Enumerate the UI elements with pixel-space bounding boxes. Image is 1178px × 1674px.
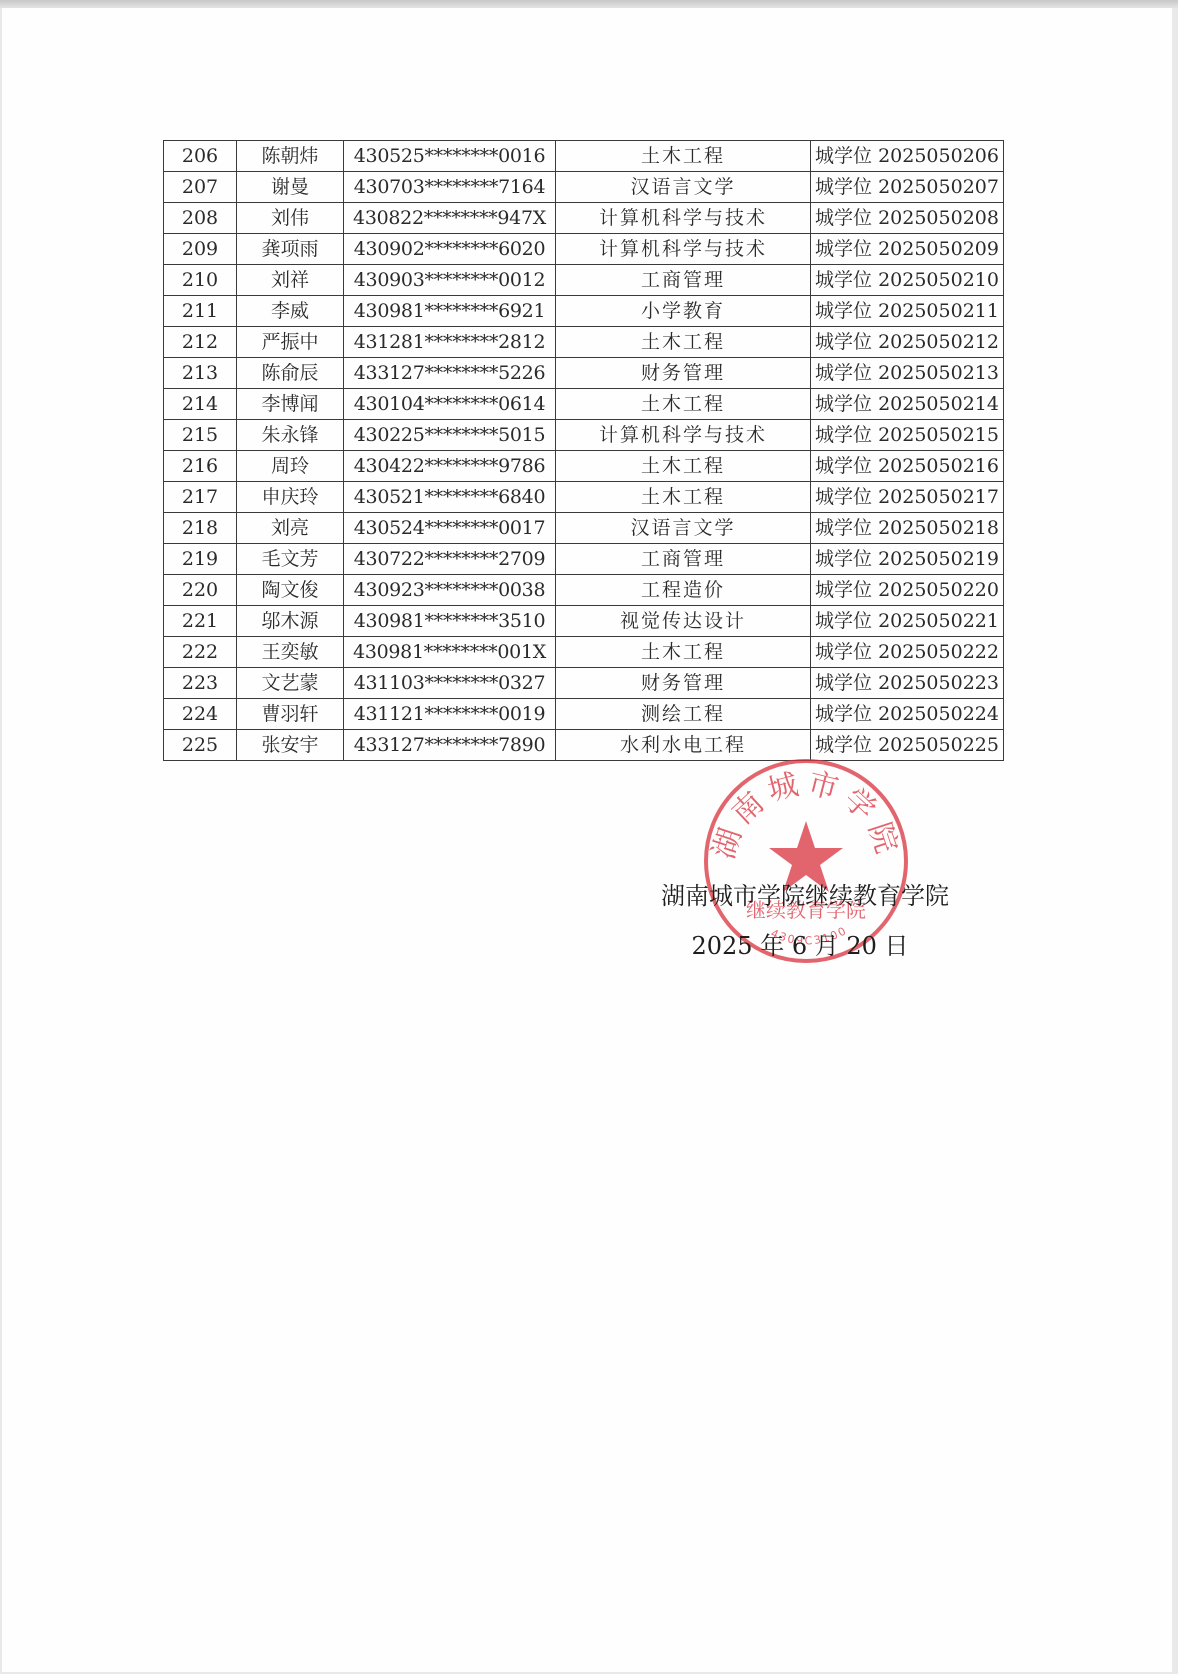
id-number-cell: 430525********0016 (344, 141, 556, 172)
table-row: 213陈俞辰433127********5226财务管理城学位 20250502… (164, 358, 1004, 389)
table-row: 218刘亮430524********0017汉语言文学城学位 20250502… (164, 513, 1004, 544)
student-name-cell: 陈俞辰 (237, 358, 344, 389)
major-cell: 汉语言文学 (556, 513, 811, 544)
row-number-cell: 220 (164, 575, 237, 606)
table-row: 224曹羽轩431121********0019测绘工程城学位 20250502… (164, 699, 1004, 730)
major-cell: 土木工程 (556, 141, 811, 172)
id-number-cell: 430923********0038 (344, 575, 556, 606)
major-cell: 工程造价 (556, 575, 811, 606)
id-number-cell: 430422********9786 (344, 451, 556, 482)
issue-date: 2025 年 6 月 20 日 (640, 926, 960, 961)
degree-certificate-number-cell: 城学位 2025050216 (811, 451, 1004, 482)
degree-certificate-number-cell: 城学位 2025050215 (811, 420, 1004, 451)
row-number-cell: 225 (164, 730, 237, 761)
row-number-cell: 206 (164, 141, 237, 172)
id-number-cell: 430722********2709 (344, 544, 556, 575)
table-row: 221邬木源430981********3510视觉传达设计城学位 202505… (164, 606, 1004, 637)
table-row: 206陈朝炜430525********0016土木工程城学位 20250502… (164, 141, 1004, 172)
row-number-cell: 217 (164, 482, 237, 513)
student-name-cell: 王奕敏 (237, 637, 344, 668)
major-cell: 计算机科学与技术 (556, 420, 811, 451)
student-name-cell: 陶文俊 (237, 575, 344, 606)
row-number-cell: 222 (164, 637, 237, 668)
degree-certificate-number-cell: 城学位 2025050211 (811, 296, 1004, 327)
student-name-cell: 李威 (237, 296, 344, 327)
student-name-cell: 邬木源 (237, 606, 344, 637)
degree-list-table: 206陈朝炜430525********0016土木工程城学位 20250502… (163, 140, 1004, 761)
degree-certificate-number-cell: 城学位 2025050214 (811, 389, 1004, 420)
id-number-cell: 430981********001X (344, 637, 556, 668)
degree-certificate-number-cell: 城学位 2025050217 (811, 482, 1004, 513)
major-cell: 土木工程 (556, 451, 811, 482)
id-number-cell: 433127********5226 (344, 358, 556, 389)
degree-certificate-number-cell: 城学位 2025050209 (811, 234, 1004, 265)
id-number-cell: 430903********0012 (344, 265, 556, 296)
table-row: 215朱永锋430225********5015计算机科学与技术城学位 2025… (164, 420, 1004, 451)
table-row: 209龚项雨430902********6020计算机科学与技术城学位 2025… (164, 234, 1004, 265)
student-name-cell: 曹羽轩 (237, 699, 344, 730)
row-number-cell: 224 (164, 699, 237, 730)
degree-certificate-number-cell: 城学位 2025050212 (811, 327, 1004, 358)
id-number-cell: 431281********2812 (344, 327, 556, 358)
table-row: 216周玲430422********9786土木工程城学位 202505021… (164, 451, 1004, 482)
major-cell: 土木工程 (556, 482, 811, 513)
degree-certificate-number-cell: 城学位 2025050208 (811, 203, 1004, 234)
major-cell: 土木工程 (556, 637, 811, 668)
major-cell: 财务管理 (556, 668, 811, 699)
major-cell: 工商管理 (556, 544, 811, 575)
degree-certificate-number-cell: 城学位 2025050207 (811, 172, 1004, 203)
degree-certificate-number-cell: 城学位 2025050221 (811, 606, 1004, 637)
degree-certificate-number-cell: 城学位 2025050218 (811, 513, 1004, 544)
degree-certificate-number-cell: 城学位 2025050220 (811, 575, 1004, 606)
id-number-cell: 430981********6921 (344, 296, 556, 327)
major-cell: 工商管理 (556, 265, 811, 296)
degree-certificate-number-cell: 城学位 2025050224 (811, 699, 1004, 730)
id-number-cell: 430822********947X (344, 203, 556, 234)
degree-certificate-number-cell: 城学位 2025050210 (811, 265, 1004, 296)
id-number-cell: 430521********6840 (344, 482, 556, 513)
student-name-cell: 陈朝炜 (237, 141, 344, 172)
table-row: 220陶文俊430923********0038工程造价城学位 20250502… (164, 575, 1004, 606)
student-name-cell: 申庆玲 (237, 482, 344, 513)
student-name-cell: 李博闻 (237, 389, 344, 420)
table-row: 212严振中431281********2812土木工程城学位 20250502… (164, 327, 1004, 358)
student-name-cell: 张安宇 (237, 730, 344, 761)
row-number-cell: 218 (164, 513, 237, 544)
table-row: 207谢曼430703********7164汉语言文学城学位 20250502… (164, 172, 1004, 203)
id-number-cell: 430981********3510 (344, 606, 556, 637)
degree-certificate-number-cell: 城学位 2025050219 (811, 544, 1004, 575)
table-body: 206陈朝炜430525********0016土木工程城学位 20250502… (164, 141, 1004, 761)
row-number-cell: 215 (164, 420, 237, 451)
student-name-cell: 周玲 (237, 451, 344, 482)
table-row: 219毛文芳430722********2709工商管理城学位 20250502… (164, 544, 1004, 575)
table-row: 210刘祥430903********0012工商管理城学位 202505021… (164, 265, 1004, 296)
row-number-cell: 214 (164, 389, 237, 420)
row-number-cell: 213 (164, 358, 237, 389)
row-number-cell: 223 (164, 668, 237, 699)
row-number-cell: 208 (164, 203, 237, 234)
student-name-cell: 龚项雨 (237, 234, 344, 265)
viewer-top-edge (0, 0, 1178, 8)
student-name-cell: 刘伟 (237, 203, 344, 234)
student-name-cell: 谢曼 (237, 172, 344, 203)
major-cell: 小学教育 (556, 296, 811, 327)
student-name-cell: 朱永锋 (237, 420, 344, 451)
row-number-cell: 209 (164, 234, 237, 265)
table-row: 208刘伟430822********947X计算机科学与技术城学位 20250… (164, 203, 1004, 234)
student-name-cell: 刘祥 (237, 265, 344, 296)
id-number-cell: 433127********7890 (344, 730, 556, 761)
row-number-cell: 221 (164, 606, 237, 637)
id-number-cell: 430524********0017 (344, 513, 556, 544)
major-cell: 土木工程 (556, 327, 811, 358)
row-number-cell: 211 (164, 296, 237, 327)
major-cell: 测绘工程 (556, 699, 811, 730)
table-row: 214李博闻430104********0614土木工程城学位 20250502… (164, 389, 1004, 420)
row-number-cell: 216 (164, 451, 237, 482)
student-name-cell: 严振中 (237, 327, 344, 358)
row-number-cell: 219 (164, 544, 237, 575)
major-cell: 计算机科学与技术 (556, 234, 811, 265)
major-cell: 土木工程 (556, 389, 811, 420)
major-cell: 视觉传达设计 (556, 606, 811, 637)
id-number-cell: 431121********0019 (344, 699, 556, 730)
id-number-cell: 430104********0614 (344, 389, 556, 420)
table-row: 217申庆玲430521********6840土木工程城学位 20250502… (164, 482, 1004, 513)
degree-certificate-number-cell: 城学位 2025050223 (811, 668, 1004, 699)
degree-certificate-number-cell: 城学位 2025050206 (811, 141, 1004, 172)
table-row: 222王奕敏430981********001X土木工程城学位 20250502… (164, 637, 1004, 668)
row-number-cell: 212 (164, 327, 237, 358)
table-row: 211李威430981********6921小学教育城学位 202505021… (164, 296, 1004, 327)
major-cell: 汉语言文学 (556, 172, 811, 203)
student-name-cell: 文艺蒙 (237, 668, 344, 699)
student-name-cell: 毛文芳 (237, 544, 344, 575)
id-number-cell: 431103********0327 (344, 668, 556, 699)
major-cell: 计算机科学与技术 (556, 203, 811, 234)
degree-certificate-number-cell: 城学位 2025050222 (811, 637, 1004, 668)
major-cell: 财务管理 (556, 358, 811, 389)
row-number-cell: 207 (164, 172, 237, 203)
student-name-cell: 刘亮 (237, 513, 344, 544)
id-number-cell: 430902********6020 (344, 234, 556, 265)
id-number-cell: 430225********5015 (344, 420, 556, 451)
degree-certificate-number-cell: 城学位 2025050213 (811, 358, 1004, 389)
id-number-cell: 430703********7164 (344, 172, 556, 203)
row-number-cell: 210 (164, 265, 237, 296)
table-row: 223文艺蒙431103********0327财务管理城学位 20250502… (164, 668, 1004, 699)
issuer-signature: 湖南城市学院继续教育学院 (640, 876, 970, 911)
